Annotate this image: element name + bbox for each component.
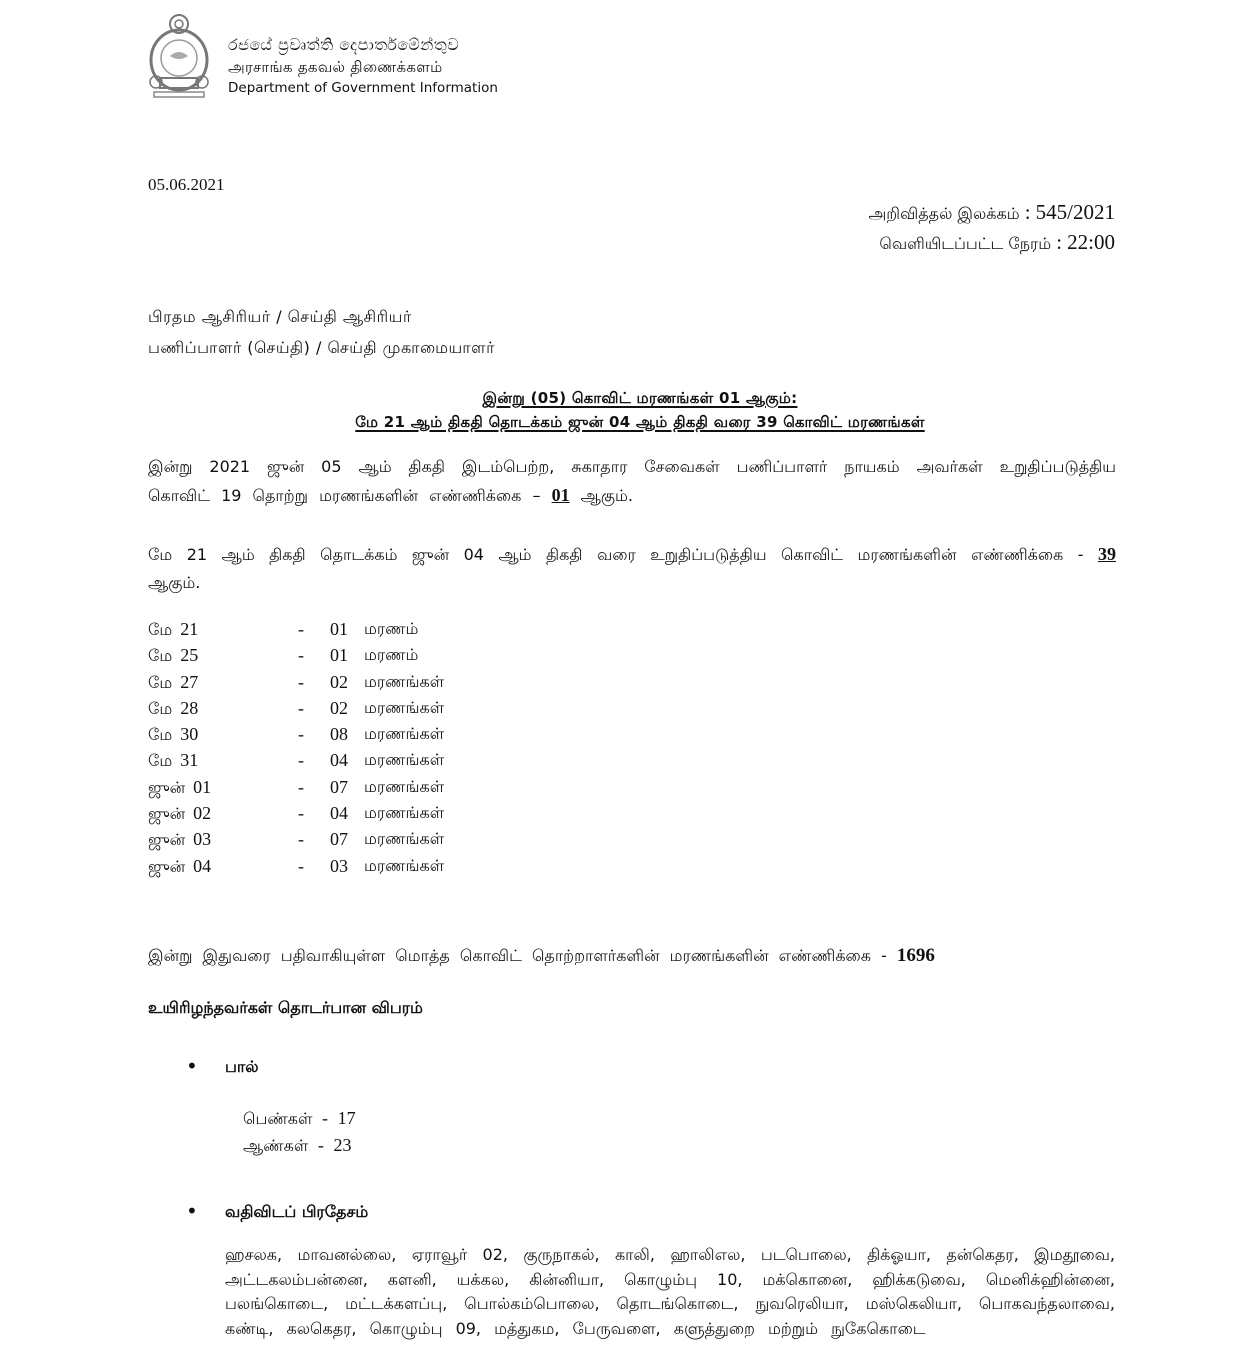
death-date: மே27 (148, 672, 198, 694)
death-word: மரணம் (364, 619, 418, 640)
death-count: 01 (330, 645, 348, 666)
death-word: மரணங்கள் (364, 724, 444, 745)
dash: - (298, 829, 304, 850)
headline-line: மே 21 ஆம் திகதி தொடக்கம் ஜுன் 04 ஆம் திக… (140, 413, 1140, 433)
death-date: மே31 (148, 750, 198, 772)
notice-number-label: அறிவித்தல் இலக்கம் (868, 204, 1019, 223)
paragraph-text: ஆகும். (148, 573, 200, 592)
dash: - (298, 803, 304, 824)
separator: : (1025, 200, 1031, 224)
death-word: மரணம் (364, 645, 418, 666)
release-time: வெளியிடப்பட்ட நேரம் : 22:00 (879, 230, 1115, 255)
death-count: 03 (330, 856, 348, 877)
death-count: 02 (330, 672, 348, 693)
dash: - (298, 856, 304, 877)
death-count: 07 (330, 777, 348, 798)
paragraph-today-deaths: இன்று 2021 ஜுன் 05 ஆம் திகதி இடம்பெற்ற, … (148, 453, 1116, 510)
dash: - (298, 724, 304, 745)
details-heading: உயிரிழந்தவர்கள் தொடர்பான விபரம் (148, 998, 423, 1019)
bullet-icon: • (186, 1199, 198, 1223)
death-word: மரணங்கள் (364, 829, 444, 850)
letterhead-sinhala: රජයේ ප්‍රවෘත්ති දෙපාර්තමේන්තුව (228, 35, 459, 55)
today-death-count: 01 (552, 485, 570, 505)
residence-heading: வதிவிடப் பிரதேசம் (225, 1202, 368, 1223)
death-word: மரணங்கள் (364, 777, 444, 798)
female-count: 17 (338, 1108, 356, 1128)
sri-lanka-emblem-icon (146, 10, 212, 100)
total-deaths-value: 1696 (897, 945, 935, 966)
addressee-line: பிரதம ஆசிரியர் / செய்தி ஆசிரியர் (148, 307, 412, 328)
death-word: மரணங்கள் (364, 698, 444, 719)
female-label: பெண்கள் (243, 1109, 312, 1128)
dash: - (298, 619, 304, 640)
paragraph-text: மே 21 ஆம் திகதி தொடக்கம் ஜுன் 04 ஆம் திக… (148, 545, 1084, 564)
notice-number-value: 545/2021 (1036, 200, 1115, 224)
dash: - (298, 672, 304, 693)
dash: - (298, 698, 304, 719)
death-count: 04 (330, 803, 348, 824)
death-date: மே21 (148, 619, 198, 641)
residence-areas: ஹசலக, மாவனல்லை, ஏராவூர் 02, குருநாகல், க… (225, 1243, 1115, 1341)
bullet-icon: • (186, 1054, 198, 1078)
male-label: ஆண்கள் (243, 1136, 308, 1155)
male-count-row: ஆண்கள் - 23 (243, 1135, 351, 1157)
death-word: மரணங்கள் (364, 750, 444, 771)
death-date: ஜுன்01 (148, 777, 211, 799)
headline-line: இன்று (05) கொவிட் மரணங்கள் 01 ஆகும்: (140, 389, 1140, 409)
death-date: ஜுன்03 (148, 829, 211, 851)
release-date: 05.06.2021 (148, 175, 225, 195)
release-time-value: 22:00 (1067, 230, 1115, 254)
death-count: 08 (330, 724, 348, 745)
death-count: 07 (330, 829, 348, 850)
notice-number: அறிவித்தல் இலக்கம் : 545/2021 (868, 200, 1115, 225)
dash: - (298, 777, 304, 798)
dash: - (298, 645, 304, 666)
death-date: மே28 (148, 698, 198, 720)
dash: - (298, 750, 304, 771)
male-count: 23 (333, 1135, 351, 1155)
separator: : (1056, 230, 1062, 254)
release-time-label: வெளியிடப்பட்ட நேரம் (879, 234, 1051, 253)
sex-heading: பால் (225, 1057, 259, 1078)
death-date: மே30 (148, 724, 198, 746)
female-count-row: பெண்கள் - 17 (243, 1108, 356, 1130)
letterhead-english: Department of Government Information (228, 80, 498, 96)
letterhead-tamil: அரசாங்க தகவல் திணைக்களம் (228, 58, 442, 78)
total-deaths: இன்று இதுவரை பதிவாகியுள்ள மொத்த கொவிட் த… (148, 945, 1108, 967)
death-count: 02 (330, 698, 348, 719)
death-word: மரணங்கள் (364, 856, 444, 877)
period-death-count: 39 (1098, 544, 1116, 564)
death-date: ஜுன்02 (148, 803, 211, 825)
death-count: 01 (330, 619, 348, 640)
death-date: ஜுன்04 (148, 856, 211, 878)
death-count: 04 (330, 750, 348, 771)
death-word: மரணங்கள் (364, 672, 444, 693)
death-word: மரணங்கள் (364, 803, 444, 824)
paragraph-text: ஆகும். (581, 486, 633, 505)
total-deaths-label: இன்று இதுவரை பதிவாகியுள்ள மொத்த கொவிட் த… (148, 946, 887, 965)
death-date: மே25 (148, 645, 198, 667)
addressee-line: பணிப்பாளர் (செய்தி) / செய்தி முகாமையாளர் (148, 338, 495, 359)
paragraph-period-deaths: மே 21 ஆம் திகதி தொடக்கம் ஜுன் 04 ஆம் திக… (148, 540, 1116, 597)
